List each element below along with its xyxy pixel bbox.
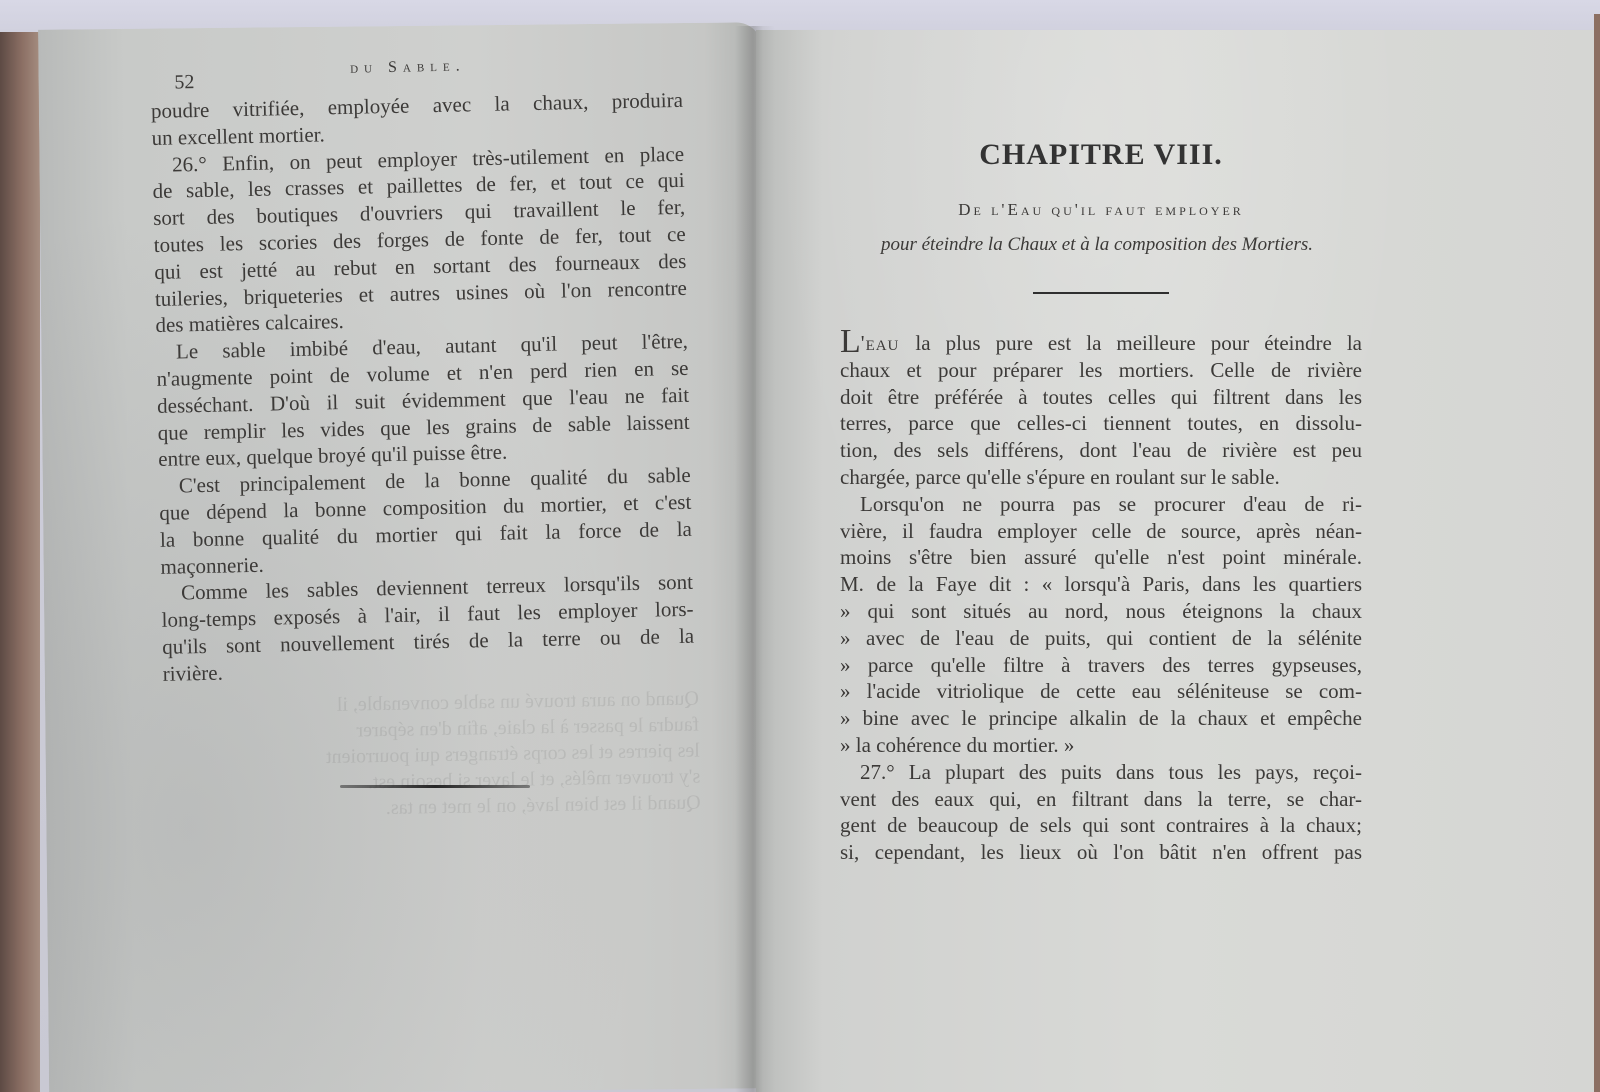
text-line: si, cependant, les lieux où l'on bâtit n…	[840, 839, 1362, 866]
drop-cap: L	[840, 323, 861, 360]
text-line: M. de la Faye dit : « lorsqu'à Paris, da…	[840, 571, 1362, 598]
chapter-rule	[1033, 292, 1169, 294]
text-line: » la cohérence du mortier. »	[840, 732, 1362, 759]
open-book-photo: Quand on aura trouvé un sable convenable…	[0, 0, 1600, 1092]
left-body-text: poudre vitrifiée, employée avec la chaux…	[151, 87, 695, 688]
right-page: CHAPITRE VIII. De l'Eau qu'il faut emplo…	[756, 30, 1594, 1092]
text-line-content: la plus pure est la meilleure pour étein…	[915, 331, 1362, 355]
text-line: tion, des sels différens, dont l'eau de …	[840, 437, 1362, 464]
text-line: 27.° La plupart des puits dans tous les …	[840, 759, 1362, 786]
text-line: gent de beaucoup de sels qui sont contra…	[840, 812, 1362, 839]
text-line: Lorsqu'on ne pourra pas se procurer d'ea…	[840, 491, 1362, 518]
small-caps-word: 'eau	[861, 331, 916, 355]
text-line: vent des eaux qui, en filtrant dans la t…	[840, 786, 1362, 813]
section-end-rule	[340, 785, 530, 788]
text-line: chaux et pour préparer les mortiers. Cel…	[840, 357, 1362, 384]
running-title: du Sable.	[350, 57, 466, 77]
right-page-content: CHAPITRE VIII. De l'Eau qu'il faut emplo…	[840, 138, 1362, 866]
text-line: » l'acide vitriolique de cette eau sélén…	[840, 678, 1362, 705]
chapter-subtitle: De l'Eau qu'il faut employer	[840, 200, 1362, 220]
text-line: doit être préférée à toutes celles qui f…	[840, 384, 1362, 411]
text-line: chargée, parce qu'elle s'épure en roulan…	[840, 464, 1362, 491]
page-number: 52	[174, 71, 194, 94]
text-line: » avec de l'eau de puits, qui contient d…	[840, 625, 1362, 652]
show-through-text: Quand on aura trouvé un sable convenable…	[179, 685, 702, 844]
text-line: L'eau la plus pure est la meilleure pour…	[840, 330, 1362, 357]
right-body-text: L'eau la plus pure est la meilleure pour…	[840, 330, 1362, 866]
text-line: » bine avec le principe alkalin de la ch…	[840, 705, 1362, 732]
chapter-subtitle-italic: pour éteindre la Chaux et à la compositi…	[832, 234, 1362, 256]
text-line: » parce qu'elle filtre à travers des ter…	[840, 652, 1362, 679]
chapter-title: CHAPITRE VIII.	[840, 138, 1362, 172]
text-line: terres, parce que celles-ci tiennent tou…	[840, 410, 1362, 437]
left-page-content: 52 du Sable. poudre vitrifiée, employée …	[150, 53, 695, 688]
text-line: moins s'être bien assuré qu'elle n'est p…	[840, 544, 1362, 571]
book-cover-left-edge	[0, 32, 40, 1092]
text-line: vière, il faudra employer celle de sourc…	[840, 518, 1362, 545]
book-cover-right-edge	[1594, 14, 1600, 1092]
text-line: » qui sont situés au nord, nous éteignon…	[840, 598, 1362, 625]
